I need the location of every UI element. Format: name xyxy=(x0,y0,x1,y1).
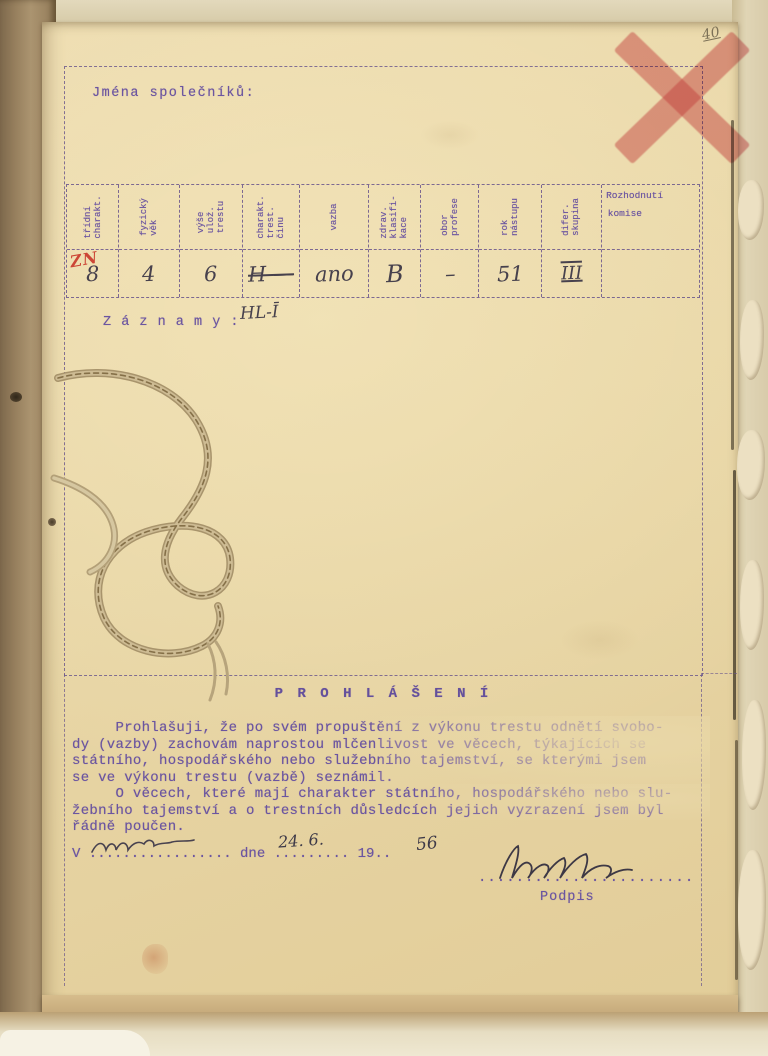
column-header-text: fyzický věk xyxy=(139,198,159,236)
page-edge-shadow xyxy=(733,470,736,720)
paper-stain xyxy=(142,944,168,974)
table-column: Rozhodnutí komise xyxy=(602,185,699,297)
table-column: charakt. trest. činu H — xyxy=(243,185,300,297)
table-column: fyzický věk 4 xyxy=(119,185,179,297)
table-cell: ano xyxy=(300,250,367,297)
table-column: zdrav. klasifi- kace B xyxy=(369,185,421,297)
declaration-paragraph-1: Prohlašuji, že po svém propuštění z výko… xyxy=(72,720,706,786)
table-column: rok nástupu 51 xyxy=(479,185,541,297)
cell-value: 6 xyxy=(204,261,218,285)
handwritten-year: 56 xyxy=(415,833,439,855)
column-header-text: Rozhodnutí komise xyxy=(602,187,663,219)
column-header-text: zdrav. klasifi- kace xyxy=(379,195,409,238)
classification-table: třídní charakt. 8 fyzický věk 4 výše ulo… xyxy=(66,184,700,298)
declaration-title: P R O H L Á Š E N Í xyxy=(65,686,701,702)
handwritten-date: 24. 6. xyxy=(277,829,324,851)
column-header-text: třídní charakt. xyxy=(83,195,103,238)
records-handwritten-value: HL-Ī xyxy=(240,302,280,324)
table-column: obor profese – xyxy=(421,185,479,297)
cell-value: 51 xyxy=(496,261,524,286)
table-cell: B xyxy=(369,250,420,297)
associates-label: Jména společníků: xyxy=(92,86,255,101)
declaration-paragraph-2: O věcech, které mají charakter státního,… xyxy=(72,786,706,836)
table-cell xyxy=(602,250,699,297)
table-column: výše ulož. trestu 6 xyxy=(180,185,243,297)
table-cell: 4 xyxy=(119,250,178,297)
page-edge-shadow xyxy=(735,740,738,980)
handwritten-place xyxy=(88,832,238,860)
signature-label: Podpis xyxy=(540,890,595,905)
column-header: třídní charakt. xyxy=(67,185,118,250)
form-border-left-lower xyxy=(64,674,65,986)
table-cell: 6 xyxy=(180,250,242,297)
column-header: fyzický věk xyxy=(119,185,178,250)
background-paper-corner xyxy=(0,1030,150,1056)
red-x-stamp xyxy=(596,24,763,172)
cell-value: B xyxy=(385,259,404,288)
column-header-text: difer. skupina xyxy=(561,198,581,236)
cell-value: – xyxy=(444,261,455,285)
column-header: charakt. trest. činu xyxy=(243,185,299,250)
cell-value: III xyxy=(560,263,582,285)
table-cell: 51 xyxy=(479,250,540,297)
scanned-document: Jména společníků: třídní charakt. 8 fyzi… xyxy=(0,0,768,1056)
binding-twine xyxy=(20,350,260,710)
column-header-text: vazba xyxy=(329,203,339,230)
form-divider-extension xyxy=(701,673,737,674)
cell-value: 4 xyxy=(142,261,156,285)
table-cell: – xyxy=(421,250,478,297)
table-column: difer. skupina III xyxy=(542,185,602,297)
column-header: výše ulož. trestu xyxy=(180,185,242,250)
column-header-text: výše ulož. trestu xyxy=(196,201,226,233)
column-header: difer. skupina xyxy=(542,185,601,250)
column-header: obor profese xyxy=(421,185,478,250)
cell-value: ano xyxy=(314,261,354,286)
table-cell: III xyxy=(542,250,601,297)
table-column: třídní charakt. 8 xyxy=(67,185,119,297)
column-header: zdrav. klasifi- kace xyxy=(369,185,420,250)
records-label: Z á z n a m y : xyxy=(103,315,240,330)
column-header: rok nástupu xyxy=(479,185,540,250)
column-header: vazba xyxy=(300,185,367,250)
column-header-text: obor profese xyxy=(440,198,460,236)
signature-script xyxy=(492,838,652,886)
column-header: Rozhodnutí komise xyxy=(602,185,699,250)
table-cell: H — xyxy=(243,250,299,297)
table-column: vazba ano xyxy=(300,185,368,297)
cell-value-struck: H — xyxy=(248,261,295,287)
column-header-text: charakt. trest. činu xyxy=(256,195,286,238)
column-header-text: rok nástupu xyxy=(500,198,520,236)
